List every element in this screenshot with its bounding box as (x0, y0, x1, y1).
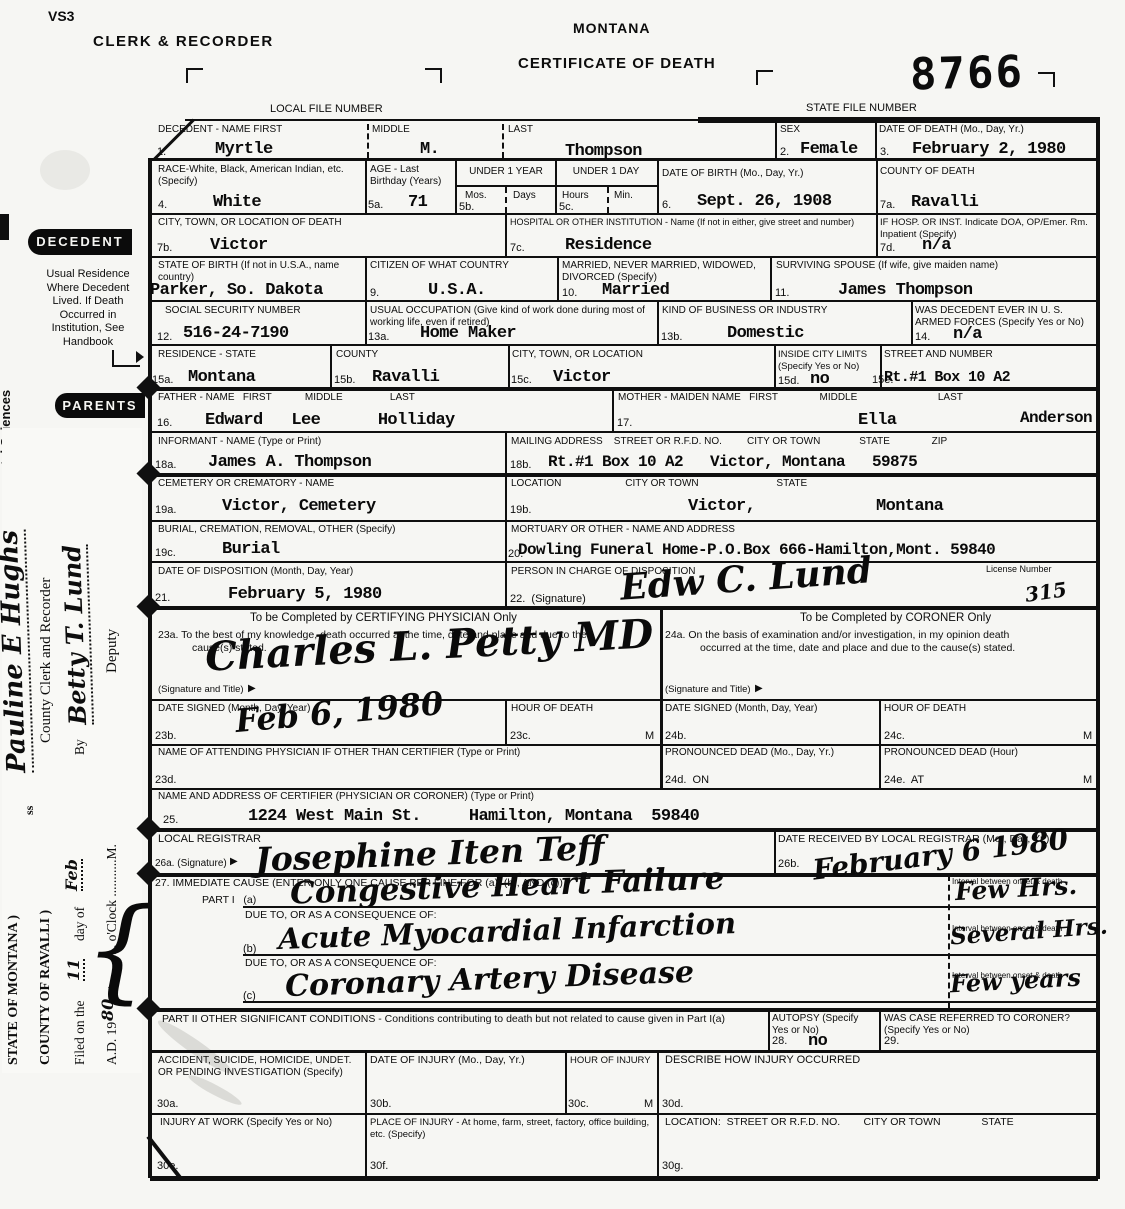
field-number: 22. (Signature) (510, 593, 586, 605)
minutes-label: Min. (614, 190, 633, 202)
border-line (775, 120, 777, 159)
border-line (768, 1010, 770, 1050)
marital-status-value: Married (602, 281, 669, 300)
border-line (148, 158, 152, 1178)
note-arrow-head-icon (136, 351, 144, 363)
meridiem-label: M (644, 1098, 653, 1110)
border-line (555, 160, 557, 214)
city-of-death-value: Victor (210, 236, 268, 255)
border-line (365, 258, 367, 300)
border-line (557, 258, 559, 300)
field-number: 24b. (665, 730, 686, 742)
border-line (774, 832, 776, 873)
field-number: 7c. (510, 242, 525, 254)
city-of-death-label: CITY, TOWN, OR LOCATION OF DEATH (158, 217, 342, 229)
border-line (150, 1008, 1098, 1012)
border-line (365, 1052, 367, 1113)
state-file-stamp-number: 8766 (909, 47, 1024, 101)
father-name-value: Edward Lee Holliday (205, 411, 455, 430)
citizen-label: CITIZEN OF WHAT COUNTRY (370, 260, 509, 272)
informant-label: INFORMANT - NAME (Type or Print) (158, 436, 321, 448)
field-number: 5a. (368, 199, 383, 211)
field-number: 19c. (155, 547, 176, 559)
certificate-title: CERTIFICATE OF DEATH (518, 55, 716, 72)
first-name-value: Myrtle (215, 140, 273, 159)
interval-c-handwritten: Few years (949, 963, 1081, 999)
handwritten-brace: { (84, 900, 155, 1000)
field-number: 29. (884, 1035, 899, 1047)
border-line (657, 160, 659, 214)
field-number: 30f. (370, 1160, 388, 1172)
mortuary-label: MORTUARY OR OTHER - NAME AND ADDRESS (511, 524, 735, 536)
date-signed-handwritten: Feb 6, 1980 (234, 684, 445, 740)
border-line (150, 520, 1098, 522)
field-number: 30g. (662, 1160, 683, 1172)
scan-smudge (40, 150, 90, 190)
field-number: 12. (157, 331, 172, 343)
border-line (367, 124, 369, 158)
field-number: 23c. (510, 730, 531, 742)
border-line (456, 185, 658, 187)
stamp-clerk-signature: Pauline E Hughs (0, 530, 34, 774)
border-line (502, 124, 504, 158)
border-line (150, 344, 1098, 346)
occupation-value: Home Maker (420, 324, 516, 343)
ssn-value: 516-24-7190 (183, 324, 289, 343)
state-of-birth-value: Parker, So. Dakota (150, 281, 323, 300)
pronounced-dead-date-label: PRONOUNCED DEAD (Mo., Day, Yr.) (665, 747, 834, 759)
inside-city-limits-value: no (810, 370, 829, 389)
industry-value: Domestic (727, 324, 804, 343)
field-number: 7b. (157, 242, 172, 254)
field-number: 23d. (155, 774, 176, 786)
last-name-value: Thompson (565, 142, 642, 161)
field-number: 15b. (334, 374, 355, 386)
cemetery-value: Victor, Cemetery (222, 497, 376, 516)
county-of-death-label: COUNTY OF DEATH (880, 166, 975, 178)
cemetery-state-value: Montana (876, 497, 943, 516)
border-line (243, 1001, 1096, 1003)
border-line (150, 561, 1098, 563)
mailing-address-label: MAILING ADDRESS STREET OR R.F.D. NO. CIT… (511, 436, 947, 448)
stamp-county-line: COUNTY OF RAVALLI ) (38, 910, 54, 1065)
field-number: 24c. (884, 730, 905, 742)
state-file-number-label: STATE FILE NUMBER (806, 103, 917, 115)
stamp-filed-day: 11 (64, 959, 85, 981)
race-value: White (213, 193, 261, 212)
border-line (505, 215, 507, 256)
local-registrar-label: LOCAL REGISTRAR (158, 834, 261, 846)
field-number: 10. (562, 287, 577, 299)
border-line (660, 610, 663, 788)
border-line (879, 1010, 881, 1050)
field-number: 19b. (510, 504, 531, 516)
place-of-injury-label: PLACE OF INJURY - At home, farm, street,… (370, 1117, 650, 1140)
armed-forces-label: WAS DECEDENT EVER IN U. S. ARMED FORCES … (915, 305, 1093, 328)
border-line (150, 1113, 1098, 1115)
arrow-icon: ▶ (230, 856, 238, 868)
border-line (505, 701, 507, 744)
certifier-address-value: 1224 West Main St. Hamilton, Montana 598… (248, 807, 699, 826)
mailing-address-value: Rt.#1 Box 10 A2 Victor, Montana 59875 (548, 453, 917, 471)
field-number: 19a. (155, 504, 176, 516)
field-number: 24e. AT (884, 774, 924, 786)
border-line (505, 187, 507, 213)
border-line (150, 744, 1098, 746)
arrow-icon: ▶ (248, 683, 256, 695)
hour-of-injury-label: HOUR OF INJURY (570, 1055, 658, 1067)
border-line (185, 119, 698, 121)
field-number: 4. (158, 199, 167, 211)
field-number: 24d. ON (665, 774, 709, 786)
border-line (150, 256, 1098, 258)
field-number: 2. (780, 146, 789, 158)
disposition-date-value: February 5, 1980 (228, 585, 382, 604)
border-line (1096, 117, 1100, 1179)
field-number: 14. (915, 331, 930, 343)
border-line (657, 302, 659, 344)
border-line (365, 1114, 367, 1176)
border-line (505, 433, 507, 473)
cemetery-label: CEMETERY OR CREMATORY - NAME (158, 478, 334, 490)
corner-mark-icon (756, 70, 773, 85)
stamp-deputy-signature: Betty T. Lund (57, 544, 94, 725)
residence-county-label: COUNTY (336, 349, 378, 361)
date-of-injury-label: DATE OF INJURY (Mo., Day, Yr.) (370, 1055, 565, 1067)
field-number: 26b. (778, 858, 799, 870)
stamp-clerk-title: County Clerk and Recorder (38, 578, 55, 743)
county-of-death-value: Ravalli (911, 193, 978, 212)
hour-of-death-label: HOUR OF DEATH (884, 703, 966, 715)
citizen-value: U.S.A. (428, 281, 486, 300)
months-label: Mos. (465, 190, 487, 202)
under-1-day-label: UNDER 1 DAY (558, 166, 654, 178)
license-number-label: License Number (986, 564, 1052, 576)
ssn-label: SOCIAL SECURITY NUMBER (165, 305, 301, 317)
cemetery-city-value: Victor, (688, 497, 755, 516)
corner-mark-icon (186, 68, 203, 83)
border-line (657, 1114, 659, 1176)
field-number: 5b. (459, 201, 474, 213)
border-line (150, 300, 1098, 302)
signature-title-label: (Signature and Title) (665, 684, 751, 696)
middle-name-value: M. (420, 140, 439, 159)
interval-b-handwritten: Several Hrs. (949, 913, 1108, 951)
field-number: 13a. (368, 331, 389, 343)
border-line (150, 788, 1098, 790)
if-hosp-label: IF HOSP. OR INST. Indicate DOA, OP/Emer.… (880, 217, 1092, 240)
describe-injury-label: DESCRIBE HOW INJURY OCCURRED (665, 1055, 860, 1067)
field-number: 1. (157, 146, 166, 158)
border-line (150, 473, 1098, 477)
under-1-year-label: UNDER 1 YEAR (458, 166, 554, 178)
field-number: 23b. (155, 730, 176, 742)
stamp-state-line: STATE OF MONTANA ) (6, 915, 22, 1065)
border-line (150, 1050, 1098, 1053)
border-line (508, 346, 510, 387)
border-line (455, 160, 457, 214)
surviving-spouse-value: James Thompson (838, 281, 972, 300)
field-number: 13b. (661, 331, 682, 343)
field-number: 7a. (880, 199, 895, 211)
death-certificate-scan: VS3 CLERK & RECORDER MONTANA CERTIFICATE… (0, 0, 1125, 1209)
border-line (565, 1052, 567, 1113)
field-number: 9. (370, 287, 379, 299)
border-line (698, 117, 1100, 123)
coroner-heading: To be Completed by CORONER Only (800, 613, 991, 625)
binding-mark (0, 214, 9, 240)
injury-location-label: LOCATION: STREET OR R.F.D. NO. CITY OR T… (665, 1117, 1014, 1129)
border-line (875, 120, 877, 159)
industry-label: KIND OF BUSINESS OR INDUSTRY (662, 305, 907, 317)
interval-a-handwritten: Few Hrs. (954, 871, 1077, 906)
stamp-ss: ss (22, 806, 37, 815)
border-line (150, 213, 1098, 215)
border-line (876, 215, 878, 256)
meridiem-label: M (1083, 730, 1092, 742)
border-line (911, 302, 913, 344)
hour-of-death-label: HOUR OF DEATH (511, 703, 593, 715)
border-line (505, 522, 507, 561)
border-line (770, 258, 772, 300)
certifier-address-label: NAME AND ADDRESS OF CERTIFIER (PHYSICIAN… (158, 791, 534, 803)
residence-state-value: Montana (188, 368, 255, 387)
residence-city-label: CITY, TOWN, OR LOCATION (512, 349, 643, 361)
meridiem-label: M (1083, 774, 1092, 786)
field-number: 30a. (157, 1098, 178, 1110)
mother-first-name-value: Ella (858, 411, 896, 430)
field-number: 15a. (152, 374, 173, 386)
field-number: 28. (772, 1035, 787, 1047)
street-number-label: STREET AND NUMBER (884, 349, 993, 361)
inside-city-limits-label: INSIDE CITY LIMITS (Specify Yes or No) (778, 349, 878, 372)
border-line (879, 701, 881, 788)
surviving-spouse-label: SURVIVING SPOUSE (If wife, give maiden n… (776, 260, 1086, 272)
cause-b-label: (b) (243, 943, 256, 955)
license-number-value: 315 (1024, 577, 1069, 607)
border-line (330, 346, 332, 387)
coroner-statement-line1: 24a. On the basis of examination and/or … (665, 630, 1095, 642)
cemetery-location-label: LOCATION CITY OR TOWN STATE (511, 478, 807, 490)
burial-value: Burial (222, 540, 280, 559)
border-line (876, 160, 878, 214)
field-number: 18a. (155, 459, 176, 471)
if-hosp-value: n/a (922, 236, 951, 255)
field-number: 30c. (568, 1098, 589, 1110)
disposition-date-label: DATE OF DISPOSITION (Month, Day, Year) (158, 566, 353, 578)
border-line (365, 302, 367, 344)
field-number: 16. (157, 417, 172, 429)
border-line (150, 387, 1098, 391)
father-name-label: FATHER - NAME FIRST MIDDLE LAST (158, 392, 415, 404)
informant-value: James A. Thompson (208, 453, 371, 472)
mother-name-label: MOTHER - MAIDEN NAME FIRST MIDDLE LAST (618, 392, 963, 404)
coroner-statement-line2: occurred at the time, date and place and… (700, 643, 1015, 655)
corner-mark-icon (1038, 72, 1055, 87)
field-number: 25. (163, 814, 178, 826)
days-label: Days (513, 190, 536, 202)
street-number-value: Rt.#1 Box 10 A2 (884, 369, 1010, 386)
border-line (505, 475, 507, 520)
stamp-ad-label: A.D. 19 (104, 1022, 120, 1065)
age-label: AGE - Last Birthday (Years) (370, 164, 455, 187)
field-number: 15c. (511, 374, 532, 386)
autopsy-value: no (808, 1032, 827, 1051)
coroner-referred-label: WAS CASE REFERRED TO CORONER? (Specify Y… (884, 1013, 1084, 1036)
state-of-birth-label: STATE OF BIRTH (If not in U.S.A., name c… (158, 260, 363, 283)
decedent-name-label: DECEDENT - NAME FIRST (158, 124, 282, 136)
part2-label: PART II OTHER SIGNIFICANT CONDITIONS - C… (162, 1014, 762, 1026)
form-code: VS3 (48, 8, 74, 24)
field-number: 17. (617, 417, 632, 429)
clerk-recorder-heading: CLERK & RECORDER (93, 33, 274, 50)
sex-value: Female (800, 140, 858, 159)
residence-city-value: Victor (553, 368, 611, 387)
field-number: 30e. (157, 1160, 178, 1172)
field-number: 18b. (510, 459, 531, 471)
age-value: 71 (408, 193, 427, 212)
mother-last-name-value: Anderson (1020, 409, 1092, 427)
border-line (365, 160, 367, 214)
part1-label: PART I (a) (202, 895, 256, 907)
middle-name-label: MIDDLE (372, 124, 410, 136)
border-line (150, 828, 1098, 832)
date-of-birth-value: Sept. 26, 1908 (697, 192, 831, 211)
pronounced-dead-hour-label: PRONOUNCED DEAD (Hour) (884, 747, 1018, 759)
date-of-death-value: February 2, 1980 (912, 140, 1066, 159)
decedent-section-tab: DECEDENT (28, 229, 132, 255)
burial-label: BURIAL, CREMATION, REMOVAL, OTHER (Speci… (158, 524, 395, 536)
hospital-label: HOSPITAL OR OTHER INSTITUTION - Name (If… (510, 217, 872, 229)
parents-section-tab: PARENTS (55, 393, 145, 418)
field-number: 30b. (370, 1098, 391, 1110)
injury-at-work-label: INJURY AT WORK (Specify Yes or No) (160, 1117, 360, 1129)
field-number: 30d. (662, 1098, 683, 1110)
signature-title-label: (Signature and Title) (158, 684, 244, 696)
border-line (505, 563, 507, 606)
border-line (150, 1176, 1098, 1181)
last-name-label: LAST (508, 124, 533, 136)
arrow-icon: ▶ (755, 683, 763, 695)
local-file-number-label: LOCAL FILE NUMBER (270, 104, 383, 116)
marital-status-label: MARRIED, NEVER MARRIED, WIDOWED, DIVORCE… (562, 260, 762, 283)
meridiem-label: M (645, 730, 654, 742)
cause-c-label: (c) (243, 990, 256, 1002)
stamp-by-label: By (72, 739, 88, 755)
field-number: 5c. (559, 201, 574, 213)
hours-label: Hours (562, 190, 589, 202)
border-line (607, 187, 609, 213)
accident-suicide-label: ACCIDENT, SUICIDE, HOMICIDE, UNDET. OR P… (158, 1055, 363, 1078)
field-number: 15d. (778, 375, 799, 387)
hospital-value: Residence (565, 236, 651, 255)
residence-county-value: Ravalli (372, 368, 439, 387)
race-label: RACE-White, Black, American Indian, etc.… (158, 164, 363, 187)
attending-physician-label: NAME OF ATTENDING PHYSICIAN IF OTHER THA… (158, 747, 520, 759)
residence-state-label: RESIDENCE - STATE (158, 349, 256, 361)
field-number: 11. (775, 287, 789, 299)
stamp-filed-month: Feb (62, 859, 83, 891)
usual-residence-note: Usual Residence Where Decedent Lived. If… (38, 268, 138, 349)
stamp-deputy-title: Deputy (104, 629, 121, 673)
date-of-death-label: DATE OF DEATH (Mo., Day, Yr.) (879, 124, 1024, 136)
field-number: 21. (155, 592, 170, 604)
date-signed-label: DATE SIGNED (Month, Day, Year) (665, 703, 817, 715)
field-number: 6. (662, 199, 671, 211)
field-number: 26a. (Signature) (155, 858, 227, 870)
border-line (150, 431, 1098, 433)
state-heading: MONTANA (573, 20, 651, 36)
border-line (774, 346, 776, 387)
armed-forces-value: n/a (953, 325, 982, 344)
border-line (612, 389, 614, 431)
corner-mark-icon (425, 68, 442, 83)
field-number: 3. (880, 146, 889, 158)
field-number: 7d. (880, 242, 895, 254)
date-of-birth-label: DATE OF BIRTH (Mo., Day, Yr.) (662, 168, 804, 180)
sex-label: SEX (780, 124, 800, 136)
